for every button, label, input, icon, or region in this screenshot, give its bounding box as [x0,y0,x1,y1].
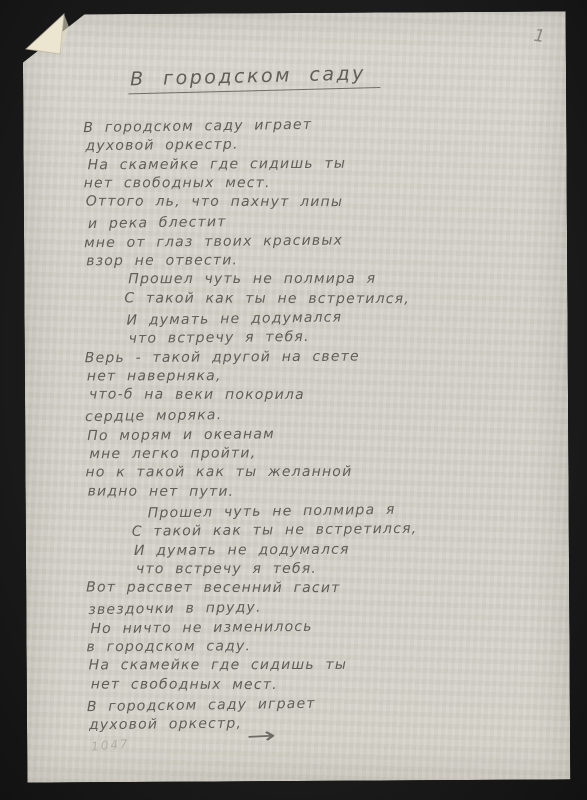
poem-title: В городском саду [128,62,380,94]
poem-line: но к такой как ты желанной [85,463,505,483]
poem-line: Верь - такой другой на свете [85,346,505,368]
poem-line: нет свободных мест. [84,174,504,194]
poem-line: На скамейке где сидишь ты [89,656,509,676]
poem-line: взор не отвести. [86,250,506,272]
manuscript-page: 1 В городском саду В городском саду игра… [23,11,571,782]
poem-lines: В городском саду играетдуховой оркестр.Н… [83,115,507,735]
poem-line: что встречу я тебя. [136,559,510,579]
poem-line: И думать не додумался [134,539,508,561]
poem-line: мне легко пройти, [89,443,509,465]
poem-line: нет наверняка, [87,366,507,386]
poem-line: в городском саду. [86,636,506,658]
archive-number: 1047 [91,737,130,754]
poem-line: На скамейке где сидишь ты [88,153,508,175]
arrow-mark: → [245,724,277,750]
poem-line: духовой оркестр, [89,712,509,736]
page-number: 1 [532,26,547,47]
poem-line: Прошел чуть не полмира я [128,270,508,290]
